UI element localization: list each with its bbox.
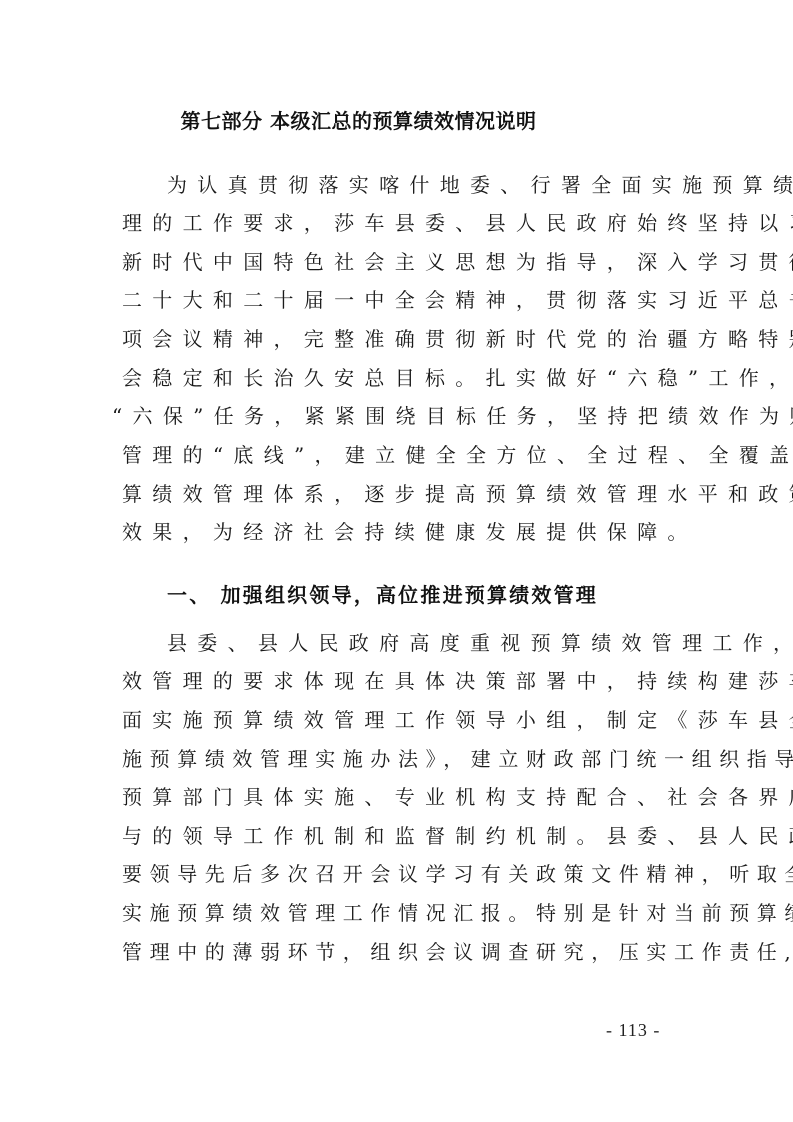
paragraph-line: 新时代中国特色社会主义思想为指导，深入学习贯彻党的 [122,247,793,277]
page-number: - 113 - [606,1018,660,1042]
paragraph-line: 面实施预算绩效管理工作领导小组，制定《莎车县全面实 [122,705,793,735]
paragraph-line: 要领导先后多次召开会议学习有关政策文件精神，听取全面 [122,859,793,889]
paragraph-line: 县委、县人民政府高度重视预算绩效管理工作，把绩 [167,628,793,658]
paragraph-line: 实施预算绩效管理工作情况汇报。特别是针对当前预算绩效 [122,898,793,928]
paragraph-line: 算绩效管理体系，逐步提高预算绩效管理水平和政策实施 [122,479,793,509]
paragraph-line: 项会议精神，完整准确贯彻新时代党的治疆方略特别是社 [122,324,793,354]
section-heading: 一、 加强组织领导，高位推进预算绩效管理 [167,580,598,610]
paragraph-line: 二十大和二十届一中全会精神，贯彻落实习近平总书记各 [122,285,793,315]
paragraph-line: 会稳定和长治久安总目标。扎实做好“六稳”工作，落实 [122,363,793,393]
paragraph-line: 效果，为经济社会持续健康发展提供保障。 [122,517,698,547]
paragraph-line: 效管理的要求体现在具体决策部署中，持续构建莎车县全 [122,666,793,696]
paragraph-line: 与的领导工作机制和监督制约机制。县委、县人民政府主 [122,821,793,851]
paragraph-line: “六保”任务，紧紧围绕目标任务，坚持把绩效作为财政 [112,401,793,431]
paragraph-line: 管理中的薄弱环节，组织会议调查研究，压实工作责任,明确 [122,937,793,967]
paragraph-line: 施预算绩效管理实施办法》，建立财政部门统一组织指导、 [122,744,793,774]
paragraph-line: 为认真贯彻落实喀什地委、行署全面实施预算绩效管 [167,170,793,200]
paragraph-line: 预算部门具体实施、专业机构支持配合、社会各界广泛参 [122,782,793,812]
page-title: 第七部分 本级汇总的预算绩效情况说明 [0,106,717,136]
paragraph-line: 理的工作要求，莎车县委、县人民政府始终坚持以习近平 [122,208,793,238]
document-page: 第七部分 本级汇总的预算绩效情况说明 为认真贯彻落实喀什地委、行署全面实施预算绩… [0,0,793,1122]
paragraph-line: 管理的“底线”，建立健全全方位、全过程、全覆盖的预 [122,440,793,470]
